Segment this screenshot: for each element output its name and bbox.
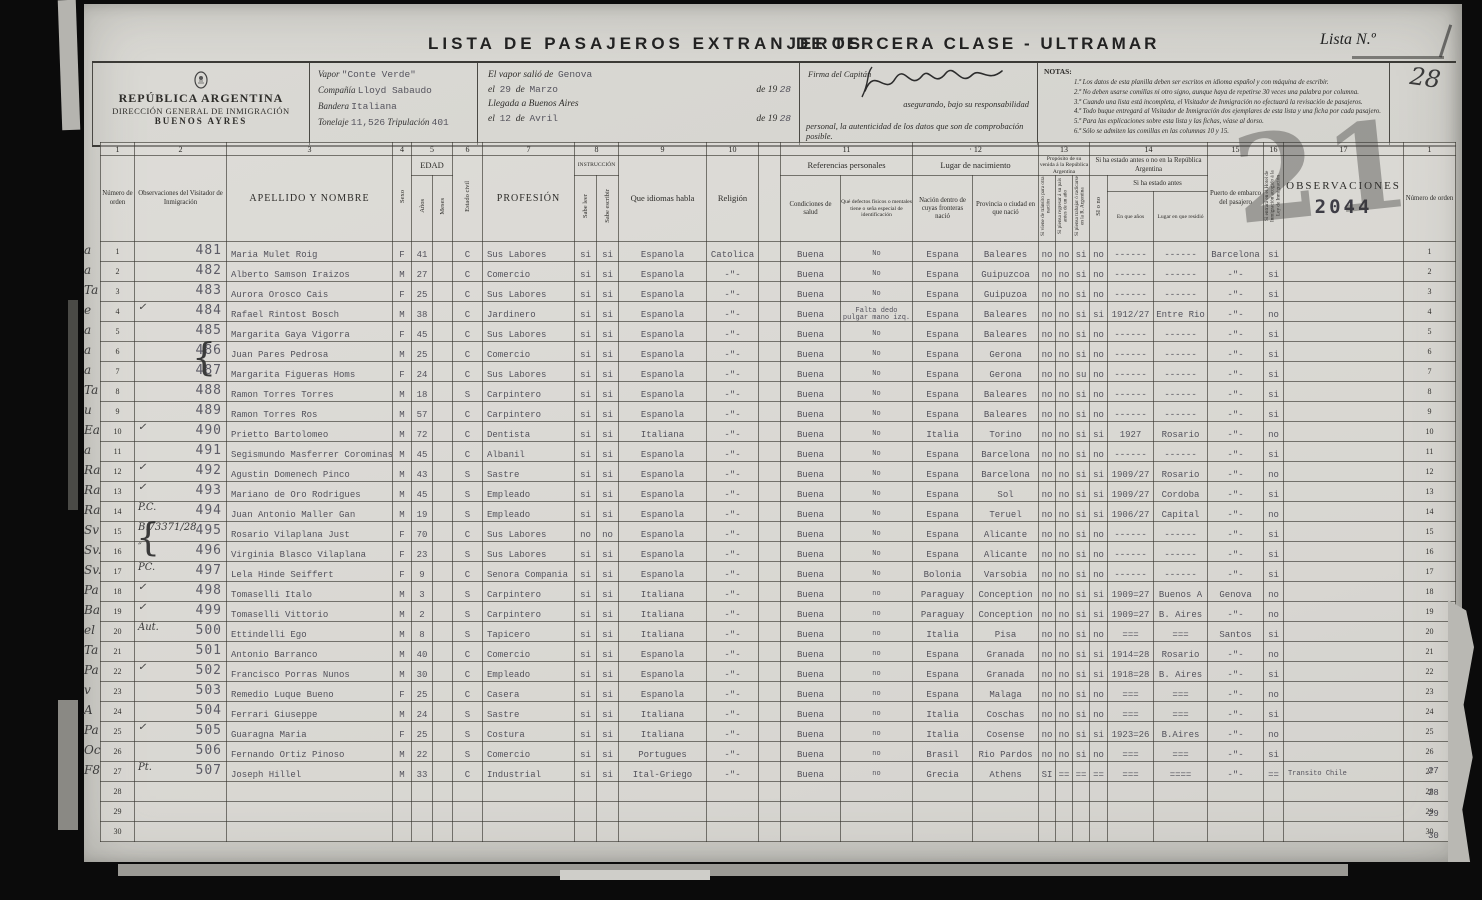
cell: No [841,242,913,262]
cell: no [1056,422,1073,442]
cell: -"- [1208,282,1264,302]
table-row: 13✓493Mariano de Oro RodriguesM45SEmplea… [101,482,1456,502]
cell [1108,802,1154,822]
row-number: 27 [101,762,135,782]
cell: no [841,702,913,722]
cell: si [1073,342,1090,362]
cell: ------ [1108,322,1154,342]
col-header-en-que-anos: En que años [1108,192,1154,242]
cell: -"- [707,722,759,742]
cell: no [1090,542,1108,562]
cell [1056,822,1073,842]
cell: Genova [1208,582,1264,602]
cell: si [597,562,619,582]
cell: Buena [781,642,841,662]
margin-mark: Ta [84,283,98,297]
cell [759,562,781,582]
cell: F [393,682,412,702]
cell [759,582,781,602]
cell: Buena [781,322,841,342]
cell: si [575,302,597,322]
cell: si [597,362,619,382]
cell: S [453,502,483,522]
table-row: 11491Segismundo Masferrer CorominasM45CA… [101,442,1456,462]
table-row: 23503Remedio Luque BuenoF25CCaserasisiEs… [101,682,1456,702]
cell: Ettindelli Ego [227,622,393,642]
cell: Espanola [619,682,707,702]
cell: Industrial [483,762,575,782]
cell: 43 [412,462,433,482]
col-header-prop1: Si viene de tránsito para otra nación [1039,176,1056,242]
cell: C [453,662,483,682]
row-number: 2 [101,262,135,282]
cell: C [453,442,483,462]
margin-mark: e [84,303,91,317]
cell [1284,742,1404,762]
cell [1284,642,1404,662]
cell [759,442,781,462]
cell: no [1090,242,1108,262]
cell [1284,302,1404,322]
cell: si [1073,682,1090,702]
cell: no [1090,702,1108,722]
cell: no [1056,502,1073,522]
cell: == [1056,762,1073,782]
cell: si [575,262,597,282]
cell [759,402,781,422]
cell: -"- [707,462,759,482]
cell: Sastre [483,462,575,482]
cell [759,722,781,742]
cell: no [1264,422,1284,442]
cell: 45 [412,482,433,502]
table-row: 25✓505Guaragna MariaF25SCosturasisiItali… [101,722,1456,742]
cell [1284,342,1404,362]
table-row: 2482Alberto Samson IraizosM27CComerciosi… [101,262,1456,282]
cell [433,682,453,702]
cell: 57 [412,402,433,422]
cell: Espanola [619,362,707,382]
cell: no [1056,682,1073,702]
cell: C [453,682,483,702]
cell: Comercio [483,262,575,282]
cell: no [1056,642,1073,662]
cell: no [1056,342,1073,362]
table-row: 3030 [101,822,1456,842]
cell: Tomaselli Vittorio [227,602,393,622]
cell: ------ [1154,562,1208,582]
table-row: 6486Juan Pares PedrosaM25CComerciosisiEs… [101,342,1456,362]
cell: B.Aires [1154,722,1208,742]
cell: no [1056,442,1073,462]
cell: no [1264,462,1284,482]
cell: no [1039,462,1056,482]
cell: si [597,422,619,442]
cell: -"- [707,682,759,702]
cell: Espanola [619,642,707,662]
captain-subtext-2: personal, la autenticidad de los datos q… [806,121,1033,141]
cell: Baleares [973,242,1039,262]
cell: -"- [707,702,759,722]
cell: si [575,382,597,402]
cell: Buena [781,302,841,322]
cell: 1918=28 [1108,662,1154,682]
cell: no [1039,622,1056,642]
cell: -"- [1208,422,1264,442]
cell: Aurora Orosco Cais [227,282,393,302]
cell: Espana [913,322,973,342]
col-header-defectos: Qué defectos físicos o mentales tiene o … [841,176,913,242]
cell: no [1090,442,1108,462]
col-header-nombre: APELLIDO Y NOMBRE [227,156,393,242]
row-number: 3 [101,282,135,302]
cell: Senora Compania [483,562,575,582]
row-number: 5 [1404,322,1456,342]
cell: si [597,582,619,602]
row-number: 21 [1404,642,1456,662]
agency-city: BUENOS AYRES [93,116,309,126]
cell: C [453,262,483,282]
cell: Espanola [619,522,707,542]
cell: 72 [412,422,433,442]
row-number: 26 [1404,742,1456,762]
cell: no [1056,462,1073,482]
cell: si [1073,602,1090,622]
cell: Espana [913,302,973,322]
cell: Italiana [619,422,707,442]
cell: no [1056,742,1073,762]
cell: Granada [973,662,1039,682]
page-subtitle: DE TERCERA CLASE - ULTRAMAR [796,34,1159,54]
cell: M [393,702,412,722]
cell: Espanola [619,382,707,402]
cell: -"- [1208,702,1264,722]
page-edge-fragment [58,700,78,830]
cell: S [453,482,483,502]
col-header-si-o-no: SI o no [1090,176,1108,242]
cell: si [1090,302,1108,322]
cell [433,482,453,502]
cell: Espana [913,482,973,502]
cell: Buena [781,442,841,462]
cell [1208,822,1264,842]
cell: Margarita Figueras Homs [227,362,393,382]
cell: 45 [412,322,433,342]
row-number: 28 [101,782,135,802]
cell: Buena [781,562,841,582]
cell: ------ [1108,262,1154,282]
cell: == [1090,762,1108,782]
cell [433,602,453,622]
col-num: 8 [575,143,619,156]
cell: S [453,382,483,402]
cell: no [1039,302,1056,322]
compania-label: Compañía [318,85,356,95]
cell [1284,662,1404,682]
cell: si [597,542,619,562]
cell [575,802,597,822]
cell: no [1039,682,1056,702]
cell: C [453,422,483,442]
margin-mark: a [84,343,91,357]
cell: No [841,562,913,582]
cell: Espanola [619,542,707,562]
big-number-stamp: 21 [1227,93,1424,252]
cell [973,822,1039,842]
col-num: · 12 [913,143,1039,156]
cell: M [393,462,412,482]
margin-mark: Ea [84,423,100,437]
cell: Guipuzoa [973,282,1039,302]
col-header-lugar-residio: Lugar en que residió [1154,192,1208,242]
table-row: 26506Fernando Ortiz PinosoM22SComerciosi… [101,742,1456,762]
table-row: 12✓492Agustin Domenech PincoM43SSastresi… [101,462,1456,482]
cell: No [841,282,913,302]
cell: no [1039,722,1056,742]
cell: Sus Labores [483,322,575,342]
cell: -"- [707,622,759,642]
voyage-box: El vapor salió de Genova el 29 de Marzod… [478,63,800,145]
cell [841,782,913,802]
col-header-idiomas: Que idiomas habla [619,156,707,242]
cell: Italiana [619,582,707,602]
cell: Espanola [619,262,707,282]
cell [1039,822,1056,842]
cell: ------ [1108,242,1154,262]
cell: no [1090,402,1108,422]
row-number: 23 [101,682,135,702]
cell: no [1056,382,1073,402]
cell [597,822,619,842]
cell: Espanola [619,462,707,482]
cell: no [1039,642,1056,662]
cell: ------ [1154,342,1208,362]
cell [433,442,453,462]
cell: si [1264,662,1284,682]
cell [1284,722,1404,742]
table-row: 2929 [101,802,1456,822]
cell: no [1039,442,1056,462]
tripulacion-label: Tripulación [387,117,429,127]
row-number: 22 [101,662,135,682]
cell: M [393,402,412,422]
cell: Espana [913,442,973,462]
cell: C [453,562,483,582]
cell: no [1090,322,1108,342]
col-header-sexo: Sexo [393,156,412,242]
margin-mark: Ta [84,643,98,657]
cell [913,822,973,842]
cell: Paraguay [913,582,973,602]
cell [483,802,575,822]
margin-mark: a [84,263,91,277]
cell: Italiana [619,702,707,722]
col-num: 6 [453,143,483,156]
row-number: 10 [1404,422,1456,442]
pen-mark [1439,24,1452,57]
cell: -"- [1208,262,1264,282]
cell: Buena [781,342,841,362]
cell: Espana [913,682,973,702]
table-row: 4✓484Rafael Rintost BoschM38CJardinerosi… [101,302,1456,322]
salida-year: 28 [780,84,791,95]
cell [759,742,781,762]
col-header-religion: Religión [707,156,759,242]
ship-box: Vapor "Conte Verde" Compañía Lloyd Sabau… [310,63,478,145]
cell: ------ [1108,522,1154,542]
row-number: 23 [1404,682,1456,702]
underpage-number: 28 [1428,788,1439,810]
cell: si [1264,522,1284,542]
cell: ------ [1154,522,1208,542]
cell: si [1264,542,1284,562]
cell: si [597,662,619,682]
cell [759,622,781,642]
cell: no [1264,502,1284,522]
cell: Buena [781,702,841,722]
cell: 22 [412,742,433,762]
visitor-observation: 481 [135,242,227,262]
row-number: 19 [1404,602,1456,622]
cell: Lela Hinde Seiffert [227,562,393,582]
cell: si [575,322,597,342]
page-under-fragment [560,870,710,880]
cell: Rosario Vilaplana Just [227,522,393,542]
cell [393,782,412,802]
cell [433,242,453,262]
cell: C [453,282,483,302]
cell: No [841,502,913,522]
cell: si [1264,622,1284,642]
cell: -"- [1208,442,1264,462]
cell [759,522,781,542]
cell: S [453,702,483,722]
cell: si [1073,622,1090,642]
agency-box: REPÚBLICA ARGENTINA DIRECCIÓN GENERAL DE… [92,63,310,145]
page-edge-fragment [58,0,81,130]
margin-mark: Ra [84,503,100,517]
cell: -"- [707,602,759,622]
cell: Buena [781,502,841,522]
cell: Ramon Torres Torres [227,382,393,402]
cell [1108,782,1154,802]
table-row: 2828 [101,782,1456,802]
cell [575,822,597,842]
table-row: 20Aut.500Ettindelli EgoM8STapicerosisiIt… [101,622,1456,642]
cell [1284,462,1404,482]
cell [1284,562,1404,582]
row-number: 7 [1404,362,1456,382]
cell: Buena [781,542,841,562]
cell: -"- [1208,542,1264,562]
col-header-salud: Condiciones de salud [781,176,841,242]
cell: Sus Labores [483,282,575,302]
cell: Buena [781,242,841,262]
margin-mark: A [84,703,93,717]
cell: F [393,522,412,542]
cell: Casera [483,682,575,702]
cell: -"- [707,302,759,322]
table-row: 9489Ramon Torres RosM57CCarpinterosisiEs… [101,402,1456,422]
cell: Buena [781,622,841,642]
cell: Empleado [483,502,575,522]
cell: -"- [1208,362,1264,382]
cell [759,642,781,662]
cell [433,262,453,282]
table-row: 18✓498Tomaselli ItaloM3SCarpinterosisiIt… [101,582,1456,602]
cell: Conception [973,582,1039,602]
row-number: 1 [1404,242,1456,262]
visitor-observation: 503 [135,682,227,702]
table-row: 24504Ferrari GiuseppeM24SSastresisiItali… [101,702,1456,722]
cell: si [1073,702,1090,722]
cell: No [841,402,913,422]
cell [781,782,841,802]
cell [412,802,433,822]
cell: si [575,442,597,462]
cell [1108,822,1154,842]
cell [759,422,781,442]
cell [227,782,393,802]
visitor-observation: ✓505 [135,722,227,742]
cell: si [597,642,619,662]
cell: no [1090,342,1108,362]
cell: no [1039,422,1056,442]
cell: no [1039,322,1056,342]
cell: si [1073,242,1090,262]
cell: no [1090,262,1108,282]
cell [759,762,781,782]
cell: Empleado [483,662,575,682]
cell: 24 [412,362,433,382]
col-num: 3 [227,143,393,156]
cell [1284,422,1404,442]
page-under-edge [118,864,1348,876]
cell: si [597,482,619,502]
cell [619,782,707,802]
document-page: LISTA DE PASAJEROS EXTRANJEROS DE TERCER… [84,4,1462,862]
cell: C [453,302,483,322]
cell: si [597,742,619,762]
cell: si [597,322,619,342]
cell: F [393,542,412,562]
margin-mark: Ba [84,603,100,617]
cell [759,462,781,482]
cell: no [1039,562,1056,582]
cell: Buena [781,742,841,762]
cell: -"- [707,562,759,582]
cell: M [393,642,412,662]
row-number: 25 [101,722,135,742]
cell: Antonio Barranco [227,642,393,662]
cell: === [1154,622,1208,642]
cell: 19 [412,502,433,522]
cell [1284,522,1404,542]
col-header-nacimiento: Lugar de nacimiento [913,156,1039,176]
llegada-year: 28 [780,113,791,124]
cell: ------ [1154,242,1208,262]
vapor-value: "Conte Verde" [342,69,416,80]
cell [913,802,973,822]
cell: C [453,242,483,262]
cell [759,302,781,322]
cell: 25 [412,282,433,302]
col-header-blank [759,156,781,242]
row-number: 29 [101,802,135,822]
row-number: 17 [1404,562,1456,582]
cell [1039,782,1056,802]
cell [453,782,483,802]
